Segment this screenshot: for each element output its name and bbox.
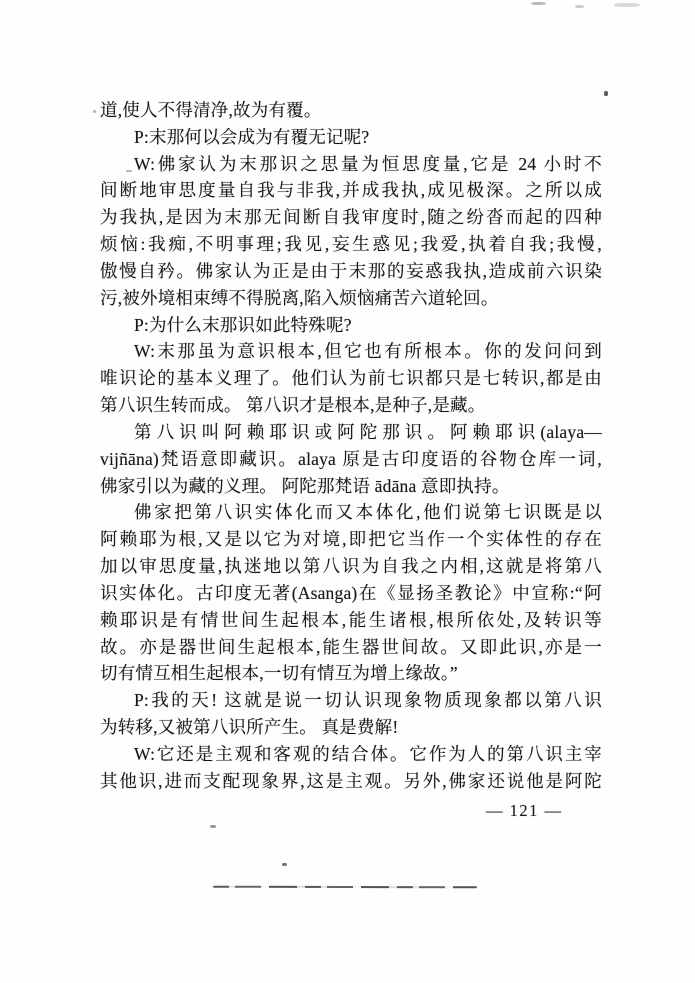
scan-speck bbox=[93, 110, 96, 113]
text-line: 切有情互相生起根本,一切有情互为增上缘故。” bbox=[100, 660, 602, 687]
text-line: P:为什么末那识如此特殊呢? bbox=[100, 312, 602, 339]
text-line: 佛家把第八识实体化而又本体化,他们说第七识既是以 bbox=[100, 499, 602, 526]
text-line: 加以审思度量,执迷地以第八识为自我之内相,这就是将第八 bbox=[100, 553, 602, 580]
text-line: 傲慢自矜。佛家认为正是由于末那的妄惑我执,造成前六识染 bbox=[100, 258, 602, 285]
scan-speck bbox=[210, 825, 216, 828]
page-number: — 121 — bbox=[486, 801, 576, 821]
scan-speck bbox=[604, 91, 608, 96]
text-line: 第八识叫阿赖耶识或阿陀那识。阿赖耶识(alaya— bbox=[100, 419, 602, 446]
text-line: 道,使人不得清净,故为有覆。 bbox=[100, 97, 602, 124]
scan-speck bbox=[614, 3, 640, 7]
text-line: 佛家引以为藏的义理。 阿陀那梵语 ādāna 意即执持。 bbox=[100, 473, 602, 500]
text-line: 污,被外境相束缚不得脱离,陷入烦恼痛苦六道轮回。 bbox=[100, 285, 602, 312]
paragraph: 佛家把第八识实体化而又本体化,他们说第七识既是以阿赖耶为根,又是以它为对境,即把… bbox=[100, 499, 602, 687]
text-line: P:我的天! 这就是说一切认识现象物质现象都以第八识 bbox=[100, 687, 602, 714]
text-line: 间断地审思度量自我与非我,并成我执,成见极深。之所以成 bbox=[100, 177, 602, 204]
text-line: 赖耶识是有情世间生起根本,能生诸根,根所依处,及转识等 bbox=[100, 607, 602, 634]
text-line: 识实体化。古印度无著(Asanga)在《显扬圣教论》中宣称:“阿 bbox=[100, 580, 602, 607]
text-line: 其他识,进而支配现象界,这是主观。另外,佛家还说他是阿陀 bbox=[100, 768, 602, 795]
paragraph: W:佛家认为末那识之思量为恒思度量,它是 24 小时不间断地审思度量自我与非我,… bbox=[100, 151, 602, 312]
text-line: P:末那何以会成为有覆无记呢? bbox=[100, 124, 602, 151]
text-line: 故。亦是器世间生起根本,能生器世间故。又即此识,亦是一 bbox=[100, 634, 602, 661]
scanned-book-page: 道,使人不得清净,故为有覆。P:末那何以会成为有覆无记呢?W:佛家认为末那识之思… bbox=[0, 0, 695, 983]
text-line: W:它还是主观和客观的结合体。它作为人的第八识主宰 bbox=[100, 741, 602, 768]
text-line: 为转移,又被第八识所产生。 真是费解! bbox=[100, 714, 602, 741]
paragraph: P:为什么末那识如此特殊呢? bbox=[100, 312, 602, 339]
paragraph: P:我的天! 这就是说一切认识现象物质现象都以第八识为转移,又被第八识所产生。 … bbox=[100, 687, 602, 741]
scan-speck bbox=[575, 5, 584, 8]
text-line: W:末那虽为意识根本,但它也有所根本。你的发问问到 bbox=[100, 338, 602, 365]
text-line: 阿赖耶为根,又是以它为对境,即把它当作一个实体性的存在 bbox=[100, 526, 602, 553]
scan-artifact-line bbox=[213, 886, 477, 889]
text-line: W:佛家认为末那识之思量为恒思度量,它是 24 小时不 bbox=[100, 151, 602, 178]
text-line: 第八识生转而成。 第八识才是根本,是种子,是藏。 bbox=[100, 392, 602, 419]
paragraph: P:末那何以会成为有覆无记呢? bbox=[100, 124, 602, 151]
scan-speck bbox=[126, 170, 132, 172]
text-line: vijñāna)梵语意即藏识。alaya 原是古印度语的谷物仓库一词, bbox=[100, 446, 602, 473]
scan-speck bbox=[282, 863, 287, 866]
paragraph: W:它还是主观和客观的结合体。它作为人的第八识主宰其他识,进而支配现象界,这是主… bbox=[100, 741, 602, 795]
paragraph: 第八识叫阿赖耶识或阿陀那识。阿赖耶识(alaya—vijñāna)梵语意即藏识。… bbox=[100, 419, 602, 499]
paragraph: 道,使人不得清净,故为有覆。 bbox=[100, 97, 602, 124]
text-line: 唯识论的基本义理了。他们认为前七识都只是七转识,都是由 bbox=[100, 365, 602, 392]
scan-speck bbox=[531, 2, 546, 5]
text-line: 为我执,是因为末那无间断自我审度时,随之纷沓而起的四种 bbox=[100, 204, 602, 231]
text-line: 烦恼:我痴,不明事理;我见,妄生惑见;我爱,执着自我;我慢, bbox=[100, 231, 602, 258]
paragraph: W:末那虽为意识根本,但它也有所根本。你的发问问到唯识论的基本义理了。他们认为前… bbox=[100, 338, 602, 418]
page-text: 道,使人不得清净,故为有覆。P:末那何以会成为有覆无记呢?W:佛家认为末那识之思… bbox=[100, 97, 602, 795]
